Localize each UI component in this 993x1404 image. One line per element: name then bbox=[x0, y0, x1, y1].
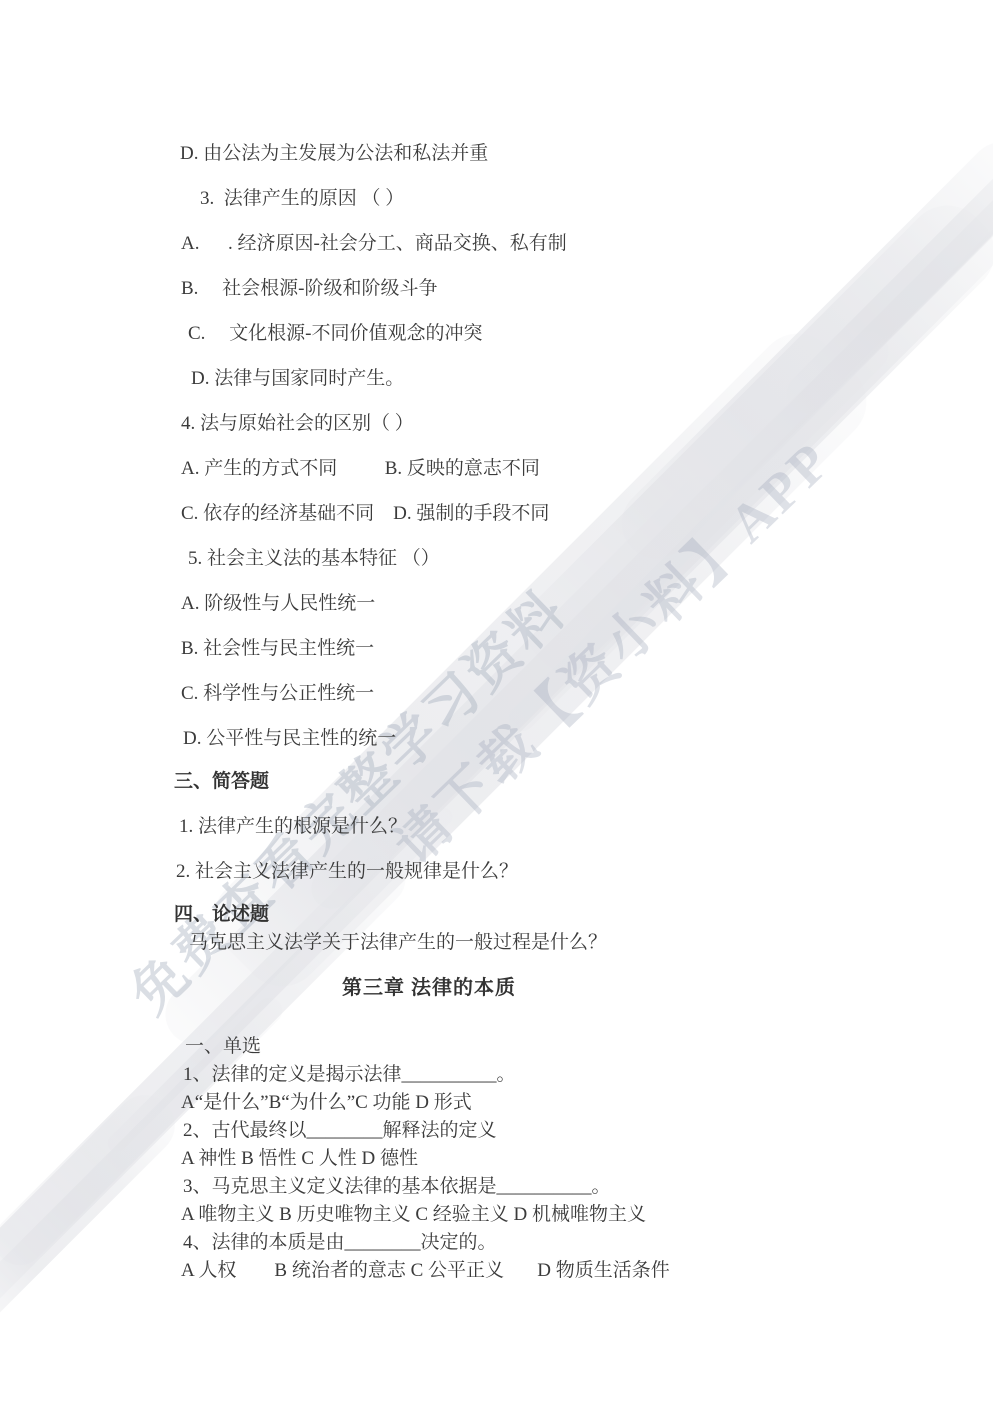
mc-option-line: A. . 经济原因-社会分工、商品交换、私有制 bbox=[181, 233, 567, 255]
short-answer-heading: 三、简答题 bbox=[174, 771, 269, 793]
brush-stroke bbox=[607, 127, 993, 572]
essay-question: 马克思主义法学关于法律产生的一般过程是什么？ bbox=[189, 932, 607, 954]
mc-option-line: B. 社会根源-阶级和阶级斗争 bbox=[181, 278, 438, 300]
mc-option-line: C. 依存的经济基础不同 D. 强制的手段不同 bbox=[181, 503, 549, 525]
short-answer-question: 1. 法律产生的根源是什么？ bbox=[179, 816, 407, 838]
mc-option-line: D. 由公法为主发展为公法和私法并重 bbox=[180, 143, 488, 165]
brush-stroke bbox=[509, 189, 993, 691]
chapter-subheading: 一、单选 bbox=[185, 1036, 261, 1058]
mc-option-line: A 人权 B 统治者的意志 C 公平正义 D 物质生活条件 bbox=[181, 1260, 670, 1282]
brush-stroke bbox=[503, 223, 993, 736]
mc-question-line: 4. 法与原始社会的区别（ ） bbox=[181, 413, 414, 435]
mc-option-line: D. 法律与国家同时产生。 bbox=[191, 368, 404, 390]
mc-option-line: A. 产生的方式不同 B. 反映的意志不同 bbox=[181, 458, 540, 480]
mc-question-line: 3. 法律产生的原因 （ ） bbox=[200, 188, 404, 210]
essay-heading: 四、论述题 bbox=[174, 904, 269, 926]
mc-option-line: A“是什么”B“为什么”C 功能 D 形式 bbox=[181, 1092, 472, 1114]
mc-question-line: 5. 社会主义法的基本特征 （） bbox=[188, 548, 440, 570]
short-answer-question: 2. 社会主义法律产生的一般规律是什么？ bbox=[176, 861, 518, 883]
brush-stroke bbox=[0, 1083, 187, 1338]
brush-stroke bbox=[702, 152, 993, 508]
mc-question-line: 3、马克思主义定义法律的基本依据是__________。 bbox=[183, 1176, 611, 1198]
mc-option-line: C. 科学性与公正性统一 bbox=[181, 683, 374, 705]
mc-option-line: C. 文化根源-不同价值观念的冲突 bbox=[188, 323, 483, 345]
mc-question-line: 2、古代最终以________解释法的定义 bbox=[183, 1120, 497, 1142]
brush-stroke bbox=[779, 139, 993, 422]
chapter-title: 第三章 法律的本质 bbox=[342, 977, 516, 999]
mc-question-line: 1、法律的定义是揭示法律__________。 bbox=[183, 1064, 516, 1086]
mc-question-line: 4、法律的本质是由________决定的。 bbox=[183, 1232, 497, 1254]
mc-option-line: A. 阶级性与人民性统一 bbox=[181, 593, 375, 615]
mc-option-line: A 唯物主义 B 历史唯物主义 C 经验主义 D 机械唯物主义 bbox=[181, 1204, 646, 1226]
mc-option-line: B. 社会性与民主性统一 bbox=[181, 638, 374, 660]
document-page: 免费查看完整学习资料 请下载【资小料】APP D. 由公法为主发展为公法和私法并… bbox=[0, 0, 993, 1404]
mc-option-line: D. 公平性与民主性的统一 bbox=[183, 728, 396, 750]
mc-option-line: A 神性 B 悟性 C 人性 D 德性 bbox=[181, 1148, 418, 1170]
